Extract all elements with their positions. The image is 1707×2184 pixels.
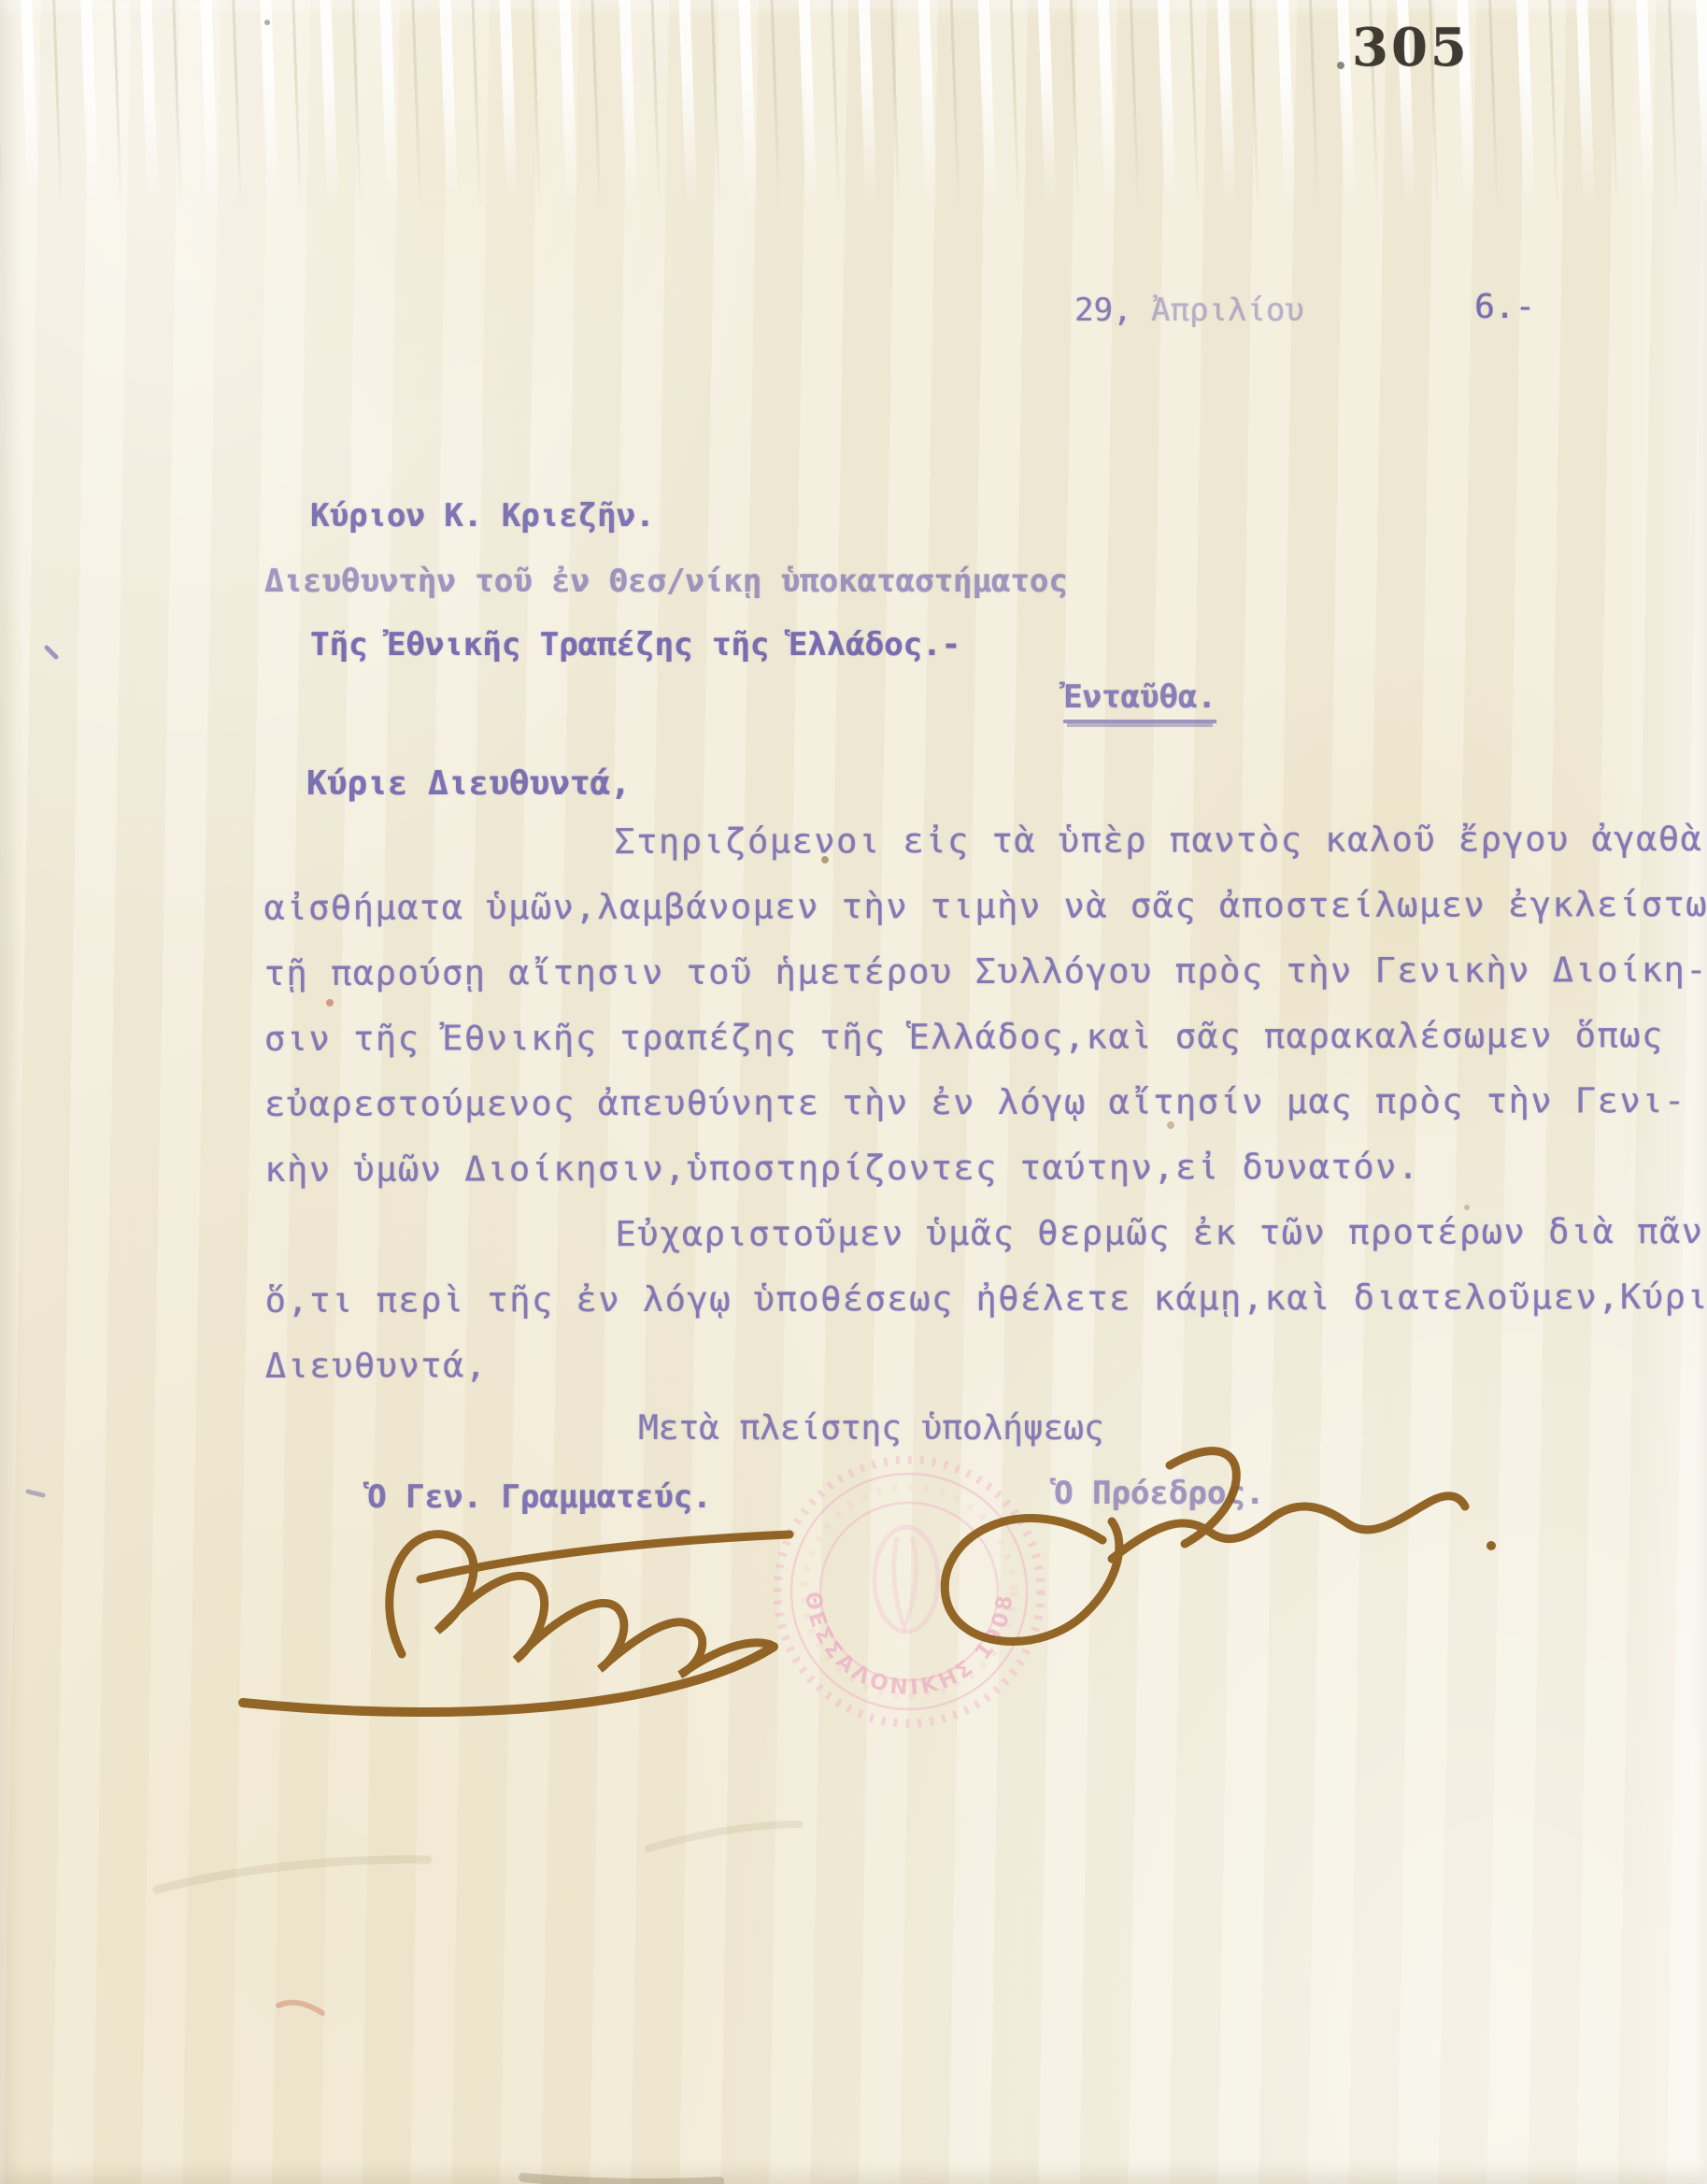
recipient-name: Κύριον Κ. Κριεζῆν.	[310, 497, 654, 535]
body-line-9: Διευθυντά,	[265, 1333, 1707, 1402]
body-line-7: Εὐχαριστοῦμεν ὑμᾶς θερμῶς ἐκ τῶν προτέρω…	[264, 1202, 1707, 1271]
body-line-2: αἰσθήματα ὑμῶν,λαμβάνομεν τὴν τιμὴν νὰ σ…	[263, 875, 1707, 944]
stamp-outer-ring	[791, 1474, 1027, 1709]
closing-phrase: Μετὰ πλείστης ὑπολήψεως	[638, 1409, 1104, 1448]
recipient-title: Διευθυντὴν τοῦ ἐν Θεσ/νίκῃ ὑποκαταστήματ…	[264, 563, 1068, 600]
recipient-location: Ἐνταῦθα.	[1063, 678, 1216, 723]
body-line-5: εὐαρεστούμενος ἀπευθύνητε τὴν ἐν λόγῳ αἴ…	[264, 1071, 1707, 1140]
society-seal-stamp: ΘΕΣΣΑΛΟΝΙΚΗΣ 1908	[764, 1449, 1054, 1738]
body-line-6: κὴν ὑμῶν Διοίκησιν,ὑποστηρίζοντες ταύτην…	[264, 1136, 1707, 1206]
date-month: Ἀπριλίου	[1151, 292, 1304, 329]
body-line-4: σιν τῆς Ἐθνικῆς τραπέζης τῆς Ἑλλάδος,καὶ…	[264, 1006, 1707, 1075]
body-line-3: τῇ παρούσῃ αἴτησιν τοῦ ἡμετέρου Συλλόγου…	[264, 940, 1707, 1009]
stamp-figure-detail	[894, 1537, 917, 1628]
page-number: 305	[1352, 17, 1470, 79]
date-day: 29,	[1074, 292, 1131, 329]
protocol-number: 6.-	[1474, 288, 1535, 326]
date-line: 29, Ἀπριλίου	[1074, 292, 1304, 329]
president-title: Ὁ Πρόεδρος.	[1054, 1475, 1264, 1512]
secretary-signature	[243, 1535, 789, 1712]
salutation: Κύριε Διευθυντά,	[306, 764, 631, 803]
letter-page: 305 29, Ἀπριλίου 6.- Κύριον Κ. Κριεζῆν. …	[0, 0, 1707, 2184]
recipient-organization: Τῆς Ἐθνικῆς Τραπέζης τῆς Ἑλλάδος.-	[310, 626, 960, 664]
secretary-title: Ὁ Γεν. Γραμματεύς.	[367, 1478, 711, 1516]
body-line-1: Στηριζόμενοι εἰς τὰ ὑπὲρ παντὸς καλοῦ ἔρ…	[263, 809, 1707, 878]
letter-body: Στηριζόμενοι εἰς τὰ ὑπὲρ παντὸς καλοῦ ἔρ…	[263, 809, 1707, 1402]
bleed-through-marks	[157, 1824, 800, 2183]
body-line-8: ὅ,τι περὶ τῆς ἐν λόγῳ ὑποθέσεως ἠθέλετε …	[264, 1267, 1707, 1336]
